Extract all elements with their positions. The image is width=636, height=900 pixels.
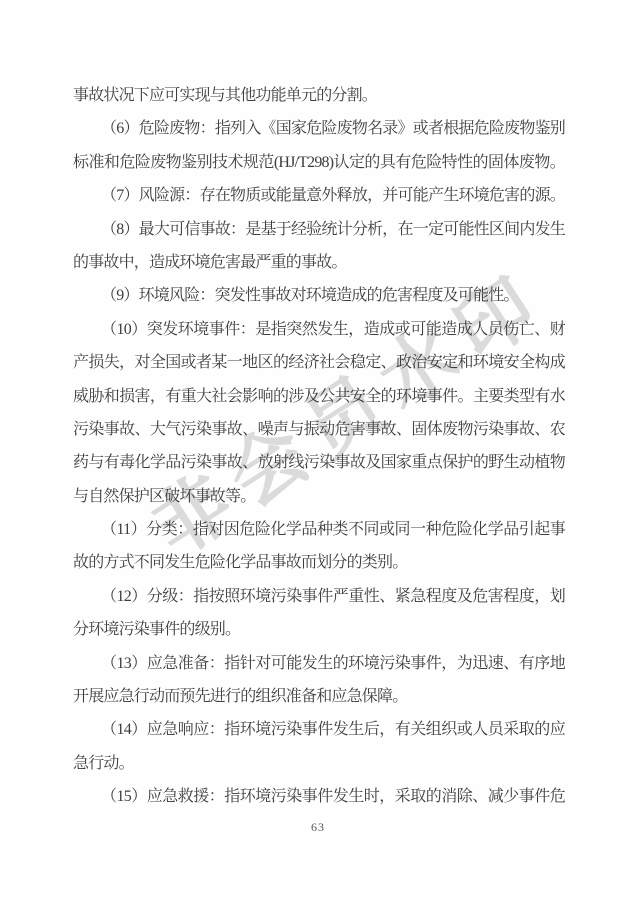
text-line: （12）分级：指按照环境污染事件严重性、紧急程度及危害程度，划 xyxy=(73,580,565,613)
text-line: 污染事故、大气污染事故、噪声与振动危害事故、固体废物污染事故、农 xyxy=(73,413,565,446)
text-line: 药与有毒化学品污染事故、放射线污染事故及国家重点保护的野生动植物 xyxy=(73,446,565,479)
text-line: 威胁和损害，有重大社会影响的涉及公共安全的环境事件。主要类型有水 xyxy=(73,380,565,413)
text-line: （15）应急救援：指环境污染事件发生时，采取的消除、减少事件危 xyxy=(73,780,565,813)
text-line: 与自然保护区破坏事故等。 xyxy=(73,480,565,513)
text-line: 急行动。 xyxy=(73,747,565,780)
page-number: 63 xyxy=(0,820,636,835)
text-block: 事故状况下应可实现与其他功能单元的分割。（6）危险废物：指列入《国家危险废物名录… xyxy=(73,79,565,814)
text-line: 事故状况下应可实现与其他功能单元的分割。 xyxy=(73,79,565,112)
text-line: （7）风险源：存在物质或能量意外释放，并可能产生环境危害的源。 xyxy=(73,179,565,212)
text-line: 产损失，对全国或者某一地区的经济社会稳定、政治安定和环境安全构成 xyxy=(73,346,565,379)
text-line: 标准和危险废物鉴别技术规范(HJ/T298)认定的具有危险特性的固体废物。 xyxy=(73,146,565,179)
text-line: 分环境污染事件的级别。 xyxy=(73,613,565,646)
text-line: （9）环境风险：突发性事故对环境造成的危害程度及可能性。 xyxy=(73,279,565,312)
text-line: 开展应急行动而预先进行的组织准备和应急保障。 xyxy=(73,680,565,713)
text-line: （8）最大可信事故：是基于经验统计分析，在一定可能性区间内发生 xyxy=(73,213,565,246)
text-line: 故的方式不同发生危险化学品事故而划分的类别。 xyxy=(73,546,565,579)
text-line: （14）应急响应：指环境污染事件发生后，有关组织或人员采取的应 xyxy=(73,713,565,746)
document-page: 非会员水印 事故状况下应可实现与其他功能单元的分割。（6）危险废物：指列入《国家… xyxy=(0,0,636,900)
text-line: （10）突发环境事件：是指突然发生，造成或可能造成人员伤亡、财 xyxy=(73,313,565,346)
text-line: （11）分类：指对因危险化学品种类不同或同一种危险化学品引起事 xyxy=(73,513,565,546)
text-line: （13）应急准备：指针对可能发生的环境污染事件，为迅速、有序地 xyxy=(73,647,565,680)
text-line: 的事故中，造成环境危害最严重的事故。 xyxy=(73,246,565,279)
text-line: （6）危险废物：指列入《国家危险废物名录》或者根据危险废物鉴别 xyxy=(73,112,565,145)
